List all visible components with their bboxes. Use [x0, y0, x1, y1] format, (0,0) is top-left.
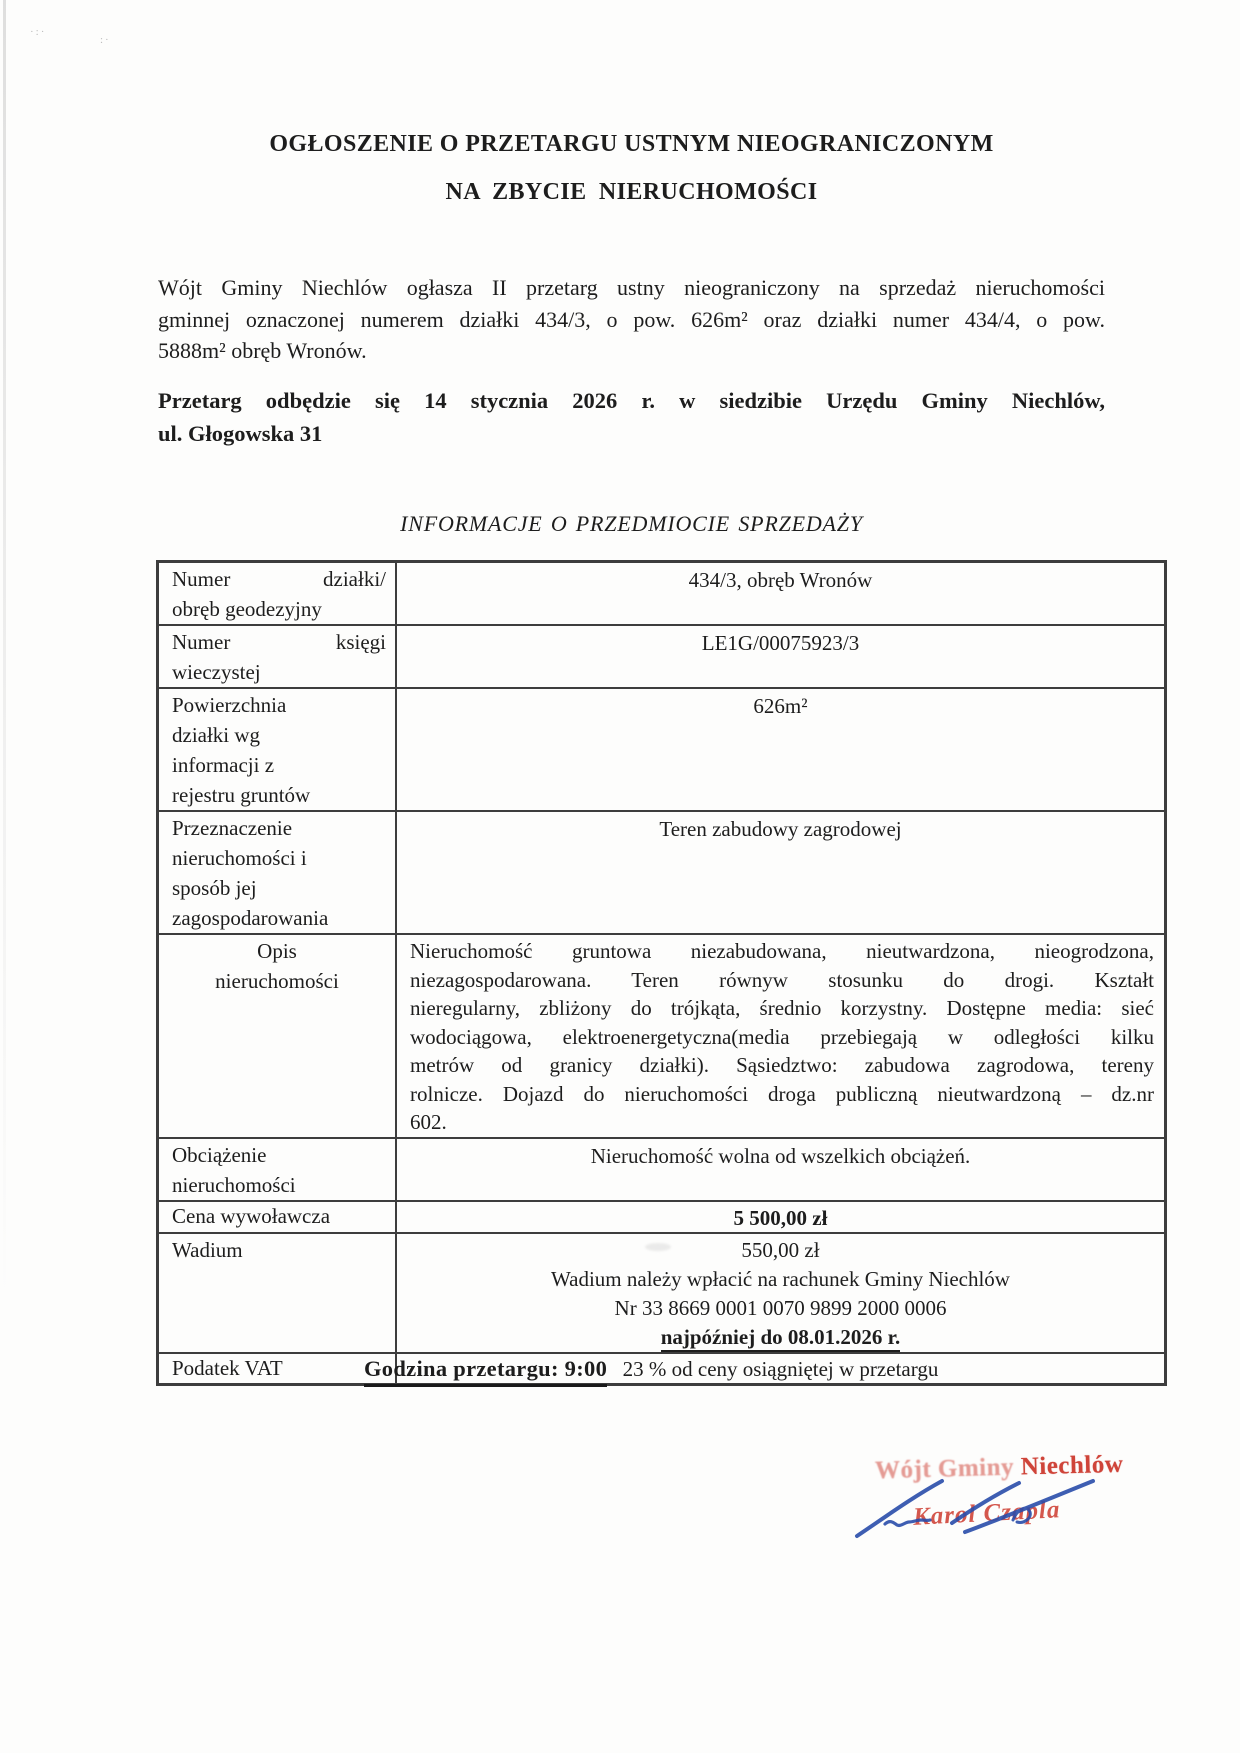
deadline-text: najpóźniej do 08.01.2026 r.: [661, 1325, 901, 1353]
label-line: zagospodarowania: [172, 903, 386, 933]
row-value: Teren zabudowy zagrodowej: [396, 811, 1166, 934]
scan-speck: :·: [100, 34, 111, 46]
value-line: Teren zabudowy zagrodowej: [405, 814, 1156, 844]
auction-date-paragraph: Przetarg odbędzie się 14 stycznia 2026 r…: [158, 384, 1105, 450]
table-row-podatek-vat: Podatek VAT 23 % od ceny osiągniętej w p…: [158, 1353, 1166, 1385]
table-row-powierzchnia: Powierzchnia działki wg informacji z rej…: [158, 688, 1166, 811]
table-row-opis: Opis nieruchomości Nieruchomość gruntowa…: [158, 934, 1166, 1138]
label-line: nieruchomości i: [172, 843, 386, 873]
scan-edge-shadow: [3, 0, 6, 1300]
row-label: Podatek VAT: [158, 1353, 397, 1385]
label-line: Numer księgi: [172, 627, 386, 657]
table-row-numer-dzialki: Numer działki/ obręb geodezyjny 434/3, o…: [158, 562, 1166, 626]
row-value: Nieruchomość wolna od wszelkich obciążeń…: [396, 1138, 1166, 1201]
info-table-container: Numer działki/ obręb geodezyjny 434/3, o…: [156, 560, 1167, 1386]
label-line: obręb geodezyjny: [172, 594, 386, 624]
value-line: Wadium należy wpłacić na rachunek Gminy …: [405, 1265, 1156, 1294]
row-label: Numer księgi wieczystej: [158, 625, 397, 688]
label-line: wieczystej: [172, 657, 386, 687]
title-line-2: NA ZBYCIE NIERUCHOMOŚCI: [158, 179, 1105, 206]
label-line: Wadium: [172, 1235, 386, 1265]
label-line: sposób jej: [172, 873, 386, 903]
intro-paragraph: Wójt Gminy Niechlów ogłasza II przetarg …: [158, 272, 1105, 367]
label-line: Obciążenie: [172, 1140, 386, 1170]
row-value: 550,00 zł Wadium należy wpłacić na rachu…: [396, 1233, 1166, 1353]
row-label: Opis nieruchomości: [158, 934, 397, 1138]
label-line: Cena wywoławcza: [172, 1203, 386, 1230]
row-value: Nieruchomość gruntowa niezabudowana, nie…: [396, 934, 1166, 1138]
value-line: nieregularny, zbliżony do trójkąta, śred…: [410, 994, 1154, 1023]
value-line: metrów od granicy działki). Sąsiedztwo: …: [410, 1051, 1154, 1080]
intro-line: Wójt Gminy Niechlów ogłasza II przetarg …: [158, 272, 1105, 304]
row-label: Obciążenie nieruchomości: [158, 1138, 397, 1201]
label-line: Numer działki/: [172, 564, 386, 594]
value-line: 550,00 zł: [405, 1236, 1156, 1265]
label-line: Podatek VAT: [172, 1355, 386, 1382]
table-row-wadium: Wadium 550,00 zł Wadium należy wpłacić n…: [158, 1233, 1166, 1353]
value-line: 5 500,00 zł: [405, 1204, 1156, 1232]
value-line: LE1G/00075923/3: [405, 628, 1156, 658]
label-line: Przeznaczenie: [172, 813, 386, 843]
row-label: Wadium: [158, 1233, 397, 1353]
intro-line: 5888m² obręb Wronów.: [158, 335, 1105, 367]
value-line: Nieruchomość wolna od wszelkich obciążeń…: [405, 1141, 1156, 1171]
value-line: rolnicze. Dojazd do nieruchomości droga …: [410, 1080, 1154, 1109]
auction-time: Godzina przetargu: 9:00: [364, 1356, 607, 1387]
table-row-przeznaczenie: Przeznaczenie nieruchomości i sposób jej…: [158, 811, 1166, 934]
row-label: Przeznaczenie nieruchomości i sposób jej…: [158, 811, 397, 934]
row-value: 626m²: [396, 688, 1166, 811]
value-line: Nr 33 8669 0001 0070 9899 2000 0006: [405, 1294, 1156, 1323]
label-line: informacji z: [172, 750, 386, 780]
scan-speck: ·:·: [30, 26, 46, 38]
title-line-1: OGŁOSZENIE O PRZETARGU USTNYM NIEOGRANIC…: [158, 131, 1105, 158]
value-line: 626m²: [405, 691, 1156, 721]
row-label: Numer działki/ obręb geodezyjny: [158, 562, 397, 626]
table-row-ksiega-wieczysta: Numer księgi wieczystej LE1G/00075923/3: [158, 625, 1166, 688]
label-line: Powierzchnia: [172, 690, 386, 720]
row-value: LE1G/00075923/3: [396, 625, 1166, 688]
value-line: najpóźniej do 08.01.2026 r.: [405, 1323, 1156, 1352]
table-row-obciazenie: Obciążenie nieruchomości Nieruchomość wo…: [158, 1138, 1166, 1201]
row-label: Powierzchnia działki wg informacji z rej…: [158, 688, 397, 811]
label-line: rejestru gruntów: [172, 780, 386, 810]
section-heading: INFORMACJE O PRZEDMIOCIE SPRZEDAŻY: [158, 511, 1105, 537]
value-line: Nieruchomość gruntowa niezabudowana, nie…: [410, 937, 1154, 966]
label-line: działki wg: [172, 720, 386, 750]
scanned-document-page: ·:· :· OGŁOSZENIE O PRZETARGU USTNYM NIE…: [0, 0, 1240, 1753]
table-row-cena: Cena wywoławcza 5 500,00 zł: [158, 1201, 1166, 1233]
info-table: Numer działki/ obręb geodezyjny 434/3, o…: [156, 560, 1167, 1386]
value-line: 602.: [410, 1108, 1154, 1137]
value-line: niezagospodarowana. Teren równyw stosunk…: [410, 966, 1154, 995]
handwritten-signature-scribble: [853, 1476, 1103, 1542]
auction-address-line: ul. Głogowska 31: [158, 417, 1105, 450]
document-title: OGŁOSZENIE O PRZETARGU USTNYM NIEOGRANIC…: [158, 131, 1105, 206]
row-value: 434/3, obręb Wronów: [396, 562, 1166, 626]
intro-line: gminnej oznaczonej numerem działki 434/3…: [158, 304, 1105, 336]
value-line: wodociągowa, elektroenergetyczna(media p…: [410, 1023, 1154, 1052]
auction-date-line: Przetarg odbędzie się 14 stycznia 2026 r…: [158, 384, 1105, 417]
label-line: nieruchomości: [163, 966, 391, 996]
label-line: nieruchomości: [172, 1170, 386, 1200]
row-value: 5 500,00 zł: [396, 1201, 1166, 1233]
label-line: Opis: [163, 936, 391, 966]
signature-block: Wójt Gminy Niechlów Karol Czapla: [845, 1440, 1135, 1580]
value-line: 434/3, obręb Wronów: [405, 565, 1156, 595]
row-label: Cena wywoławcza: [158, 1201, 397, 1233]
